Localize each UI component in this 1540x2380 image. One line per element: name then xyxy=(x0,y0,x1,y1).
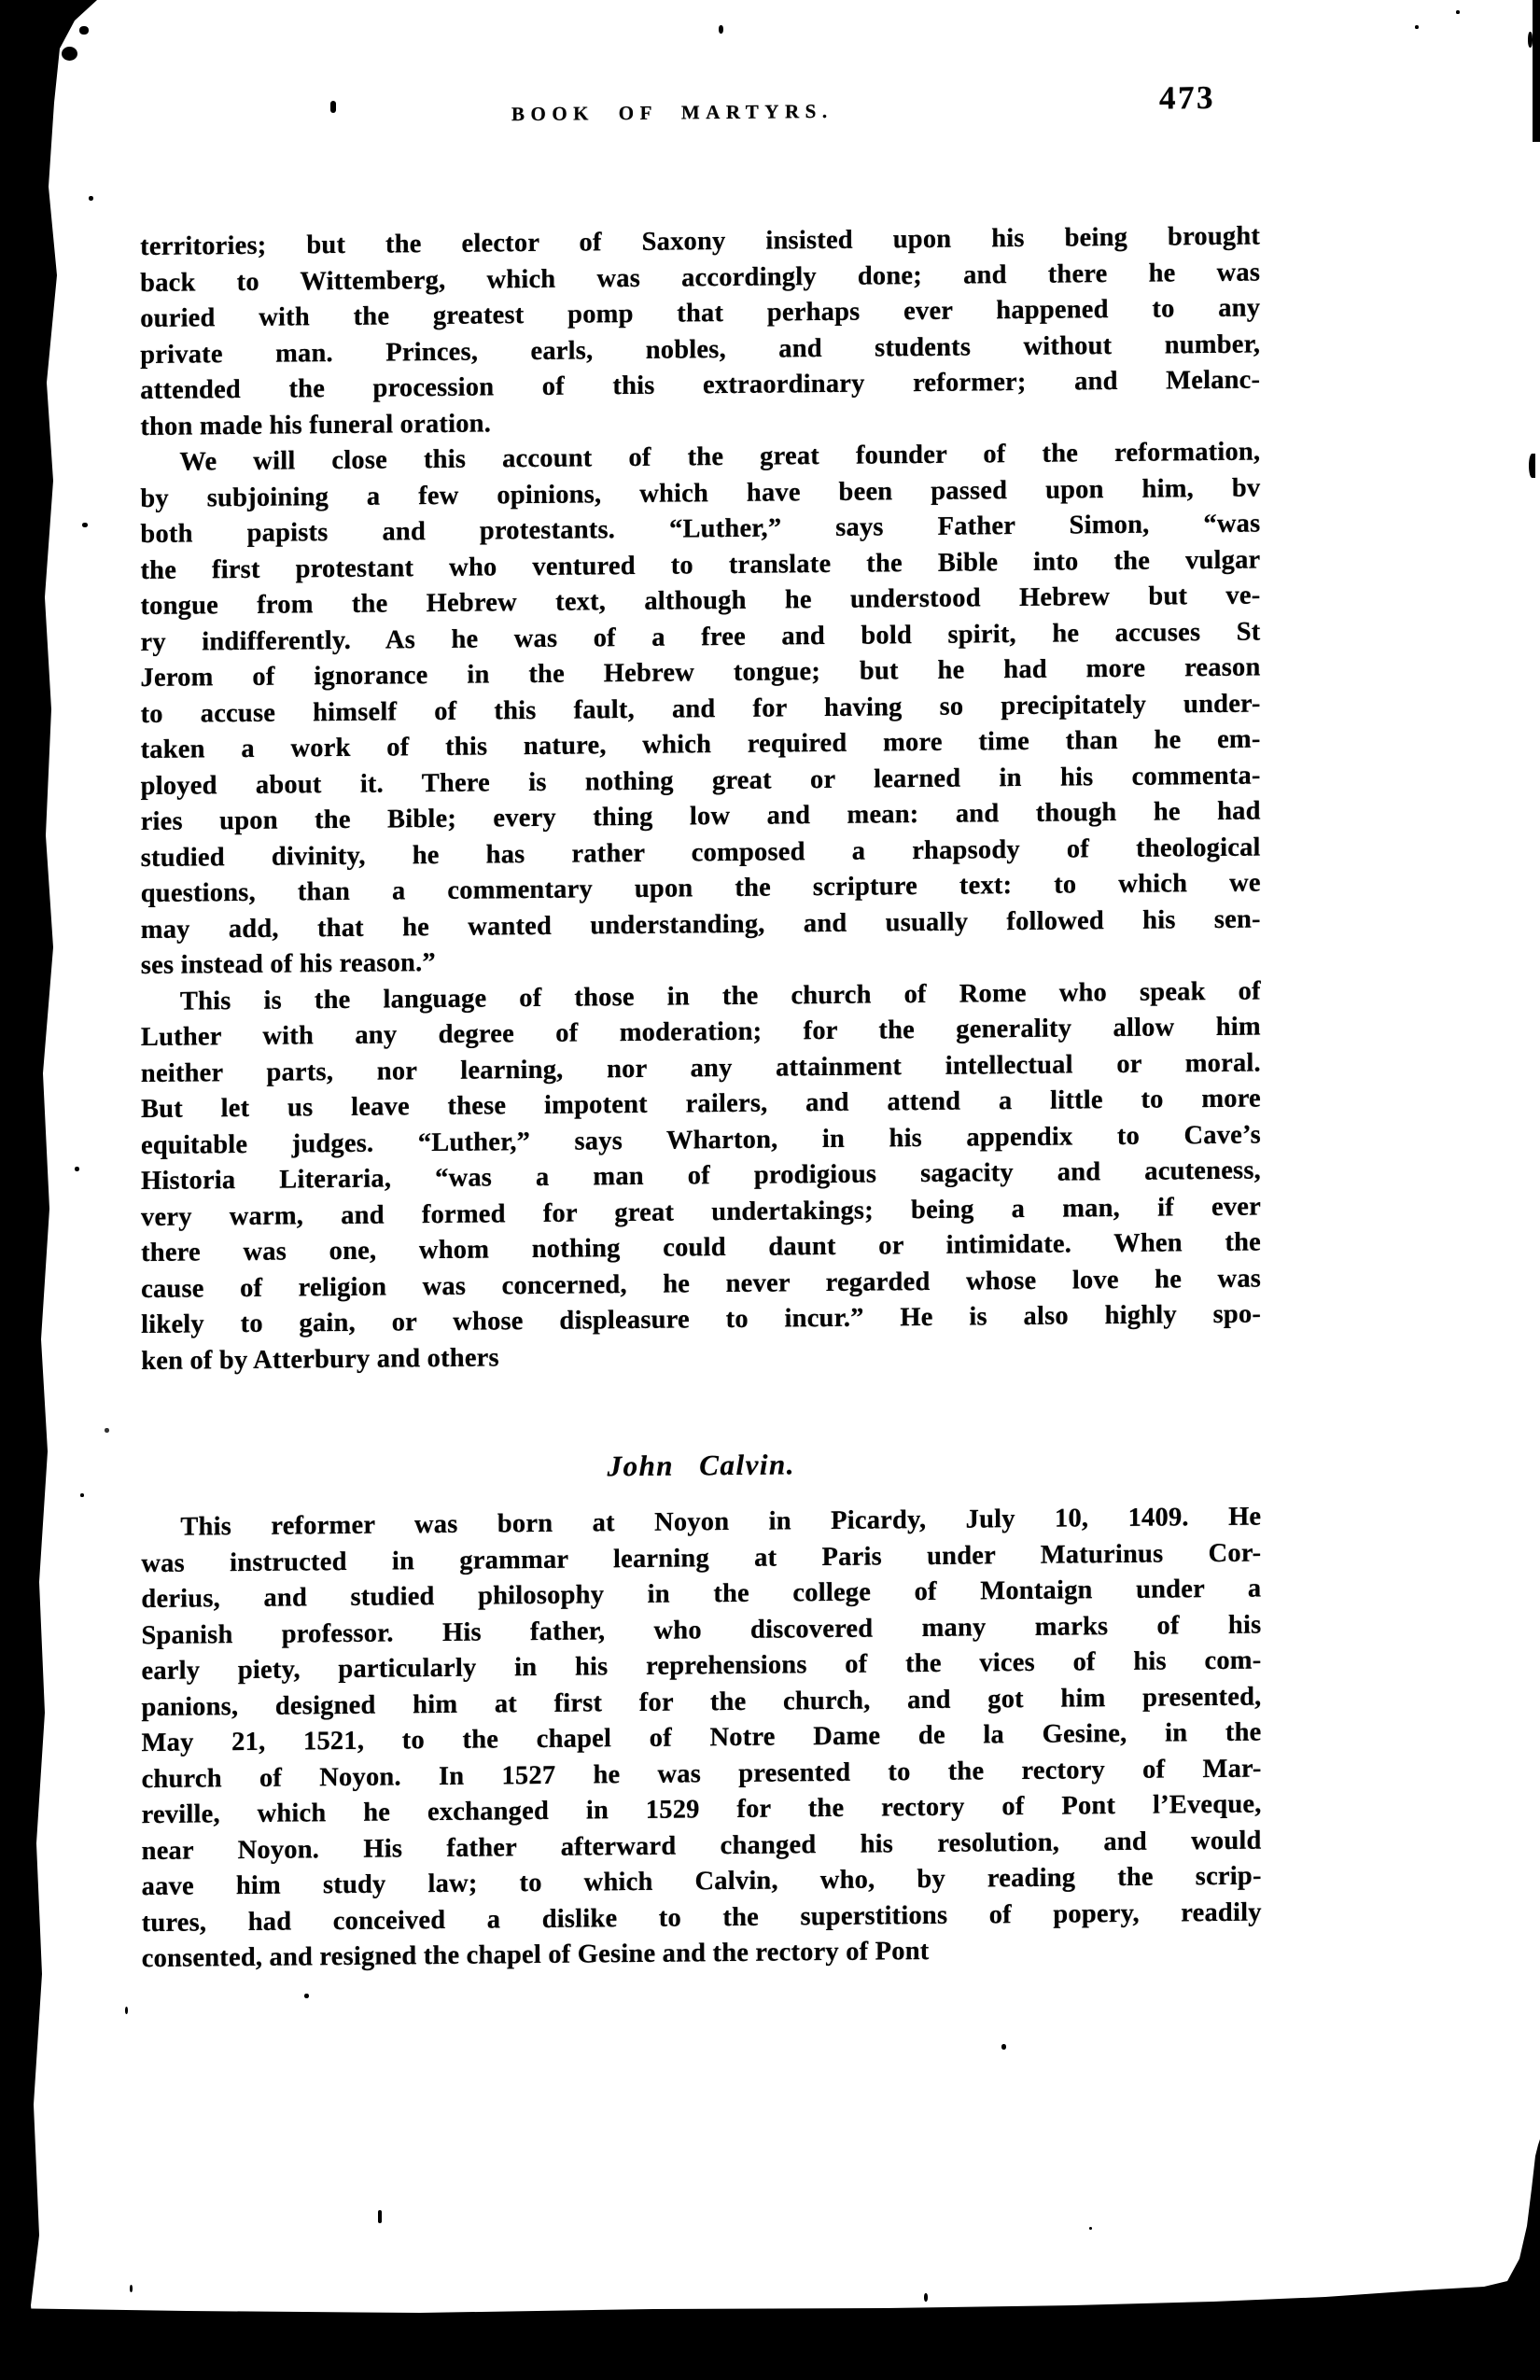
ink-speck xyxy=(719,25,723,34)
page-header: BOOK OF MARTYRS. 473 xyxy=(140,88,1260,133)
paragraph: territories; but the elector of Saxony i… xyxy=(140,218,1260,445)
ink-speck xyxy=(80,1493,84,1497)
ink-speck xyxy=(105,1428,109,1433)
ink-speck xyxy=(1456,10,1460,14)
page-number: 473 xyxy=(1159,79,1215,118)
ink-speck xyxy=(125,2007,128,2014)
ink-speck xyxy=(1089,2227,1092,2230)
ink-speck xyxy=(79,26,89,35)
paragraph: This is the language of those in the chu… xyxy=(141,973,1261,1379)
ink-speck xyxy=(1001,2044,1006,2050)
ink-speck xyxy=(1415,25,1419,29)
right-scan-edge xyxy=(1533,0,1540,142)
ink-speck xyxy=(924,2293,928,2302)
ink-speck xyxy=(82,523,88,527)
ink-speck xyxy=(1529,454,1535,478)
ink-speck xyxy=(1528,32,1533,48)
running-title: BOOK OF MARTYRS. xyxy=(511,100,833,126)
ink-speck xyxy=(75,1167,79,1171)
ink-speck xyxy=(89,196,93,201)
paragraph: This reformer was born at Noyon in Picar… xyxy=(141,1500,1261,1978)
section-heading: John Calvin. xyxy=(141,1440,1261,1492)
ink-speck xyxy=(130,2285,133,2292)
paragraph: We will close this account of the great … xyxy=(140,434,1260,984)
ink-speck xyxy=(304,1994,309,1998)
ink-speck xyxy=(62,47,77,61)
ink-speck xyxy=(378,2210,382,2223)
scanned-page: BOOK OF MARTYRS. 473 territories; but th… xyxy=(0,0,1540,2380)
left-binding-edge xyxy=(0,0,112,2380)
bottom-scan-edge xyxy=(0,2128,1540,2380)
page-content: BOOK OF MARTYRS. 473 territories; but th… xyxy=(140,82,1262,1977)
